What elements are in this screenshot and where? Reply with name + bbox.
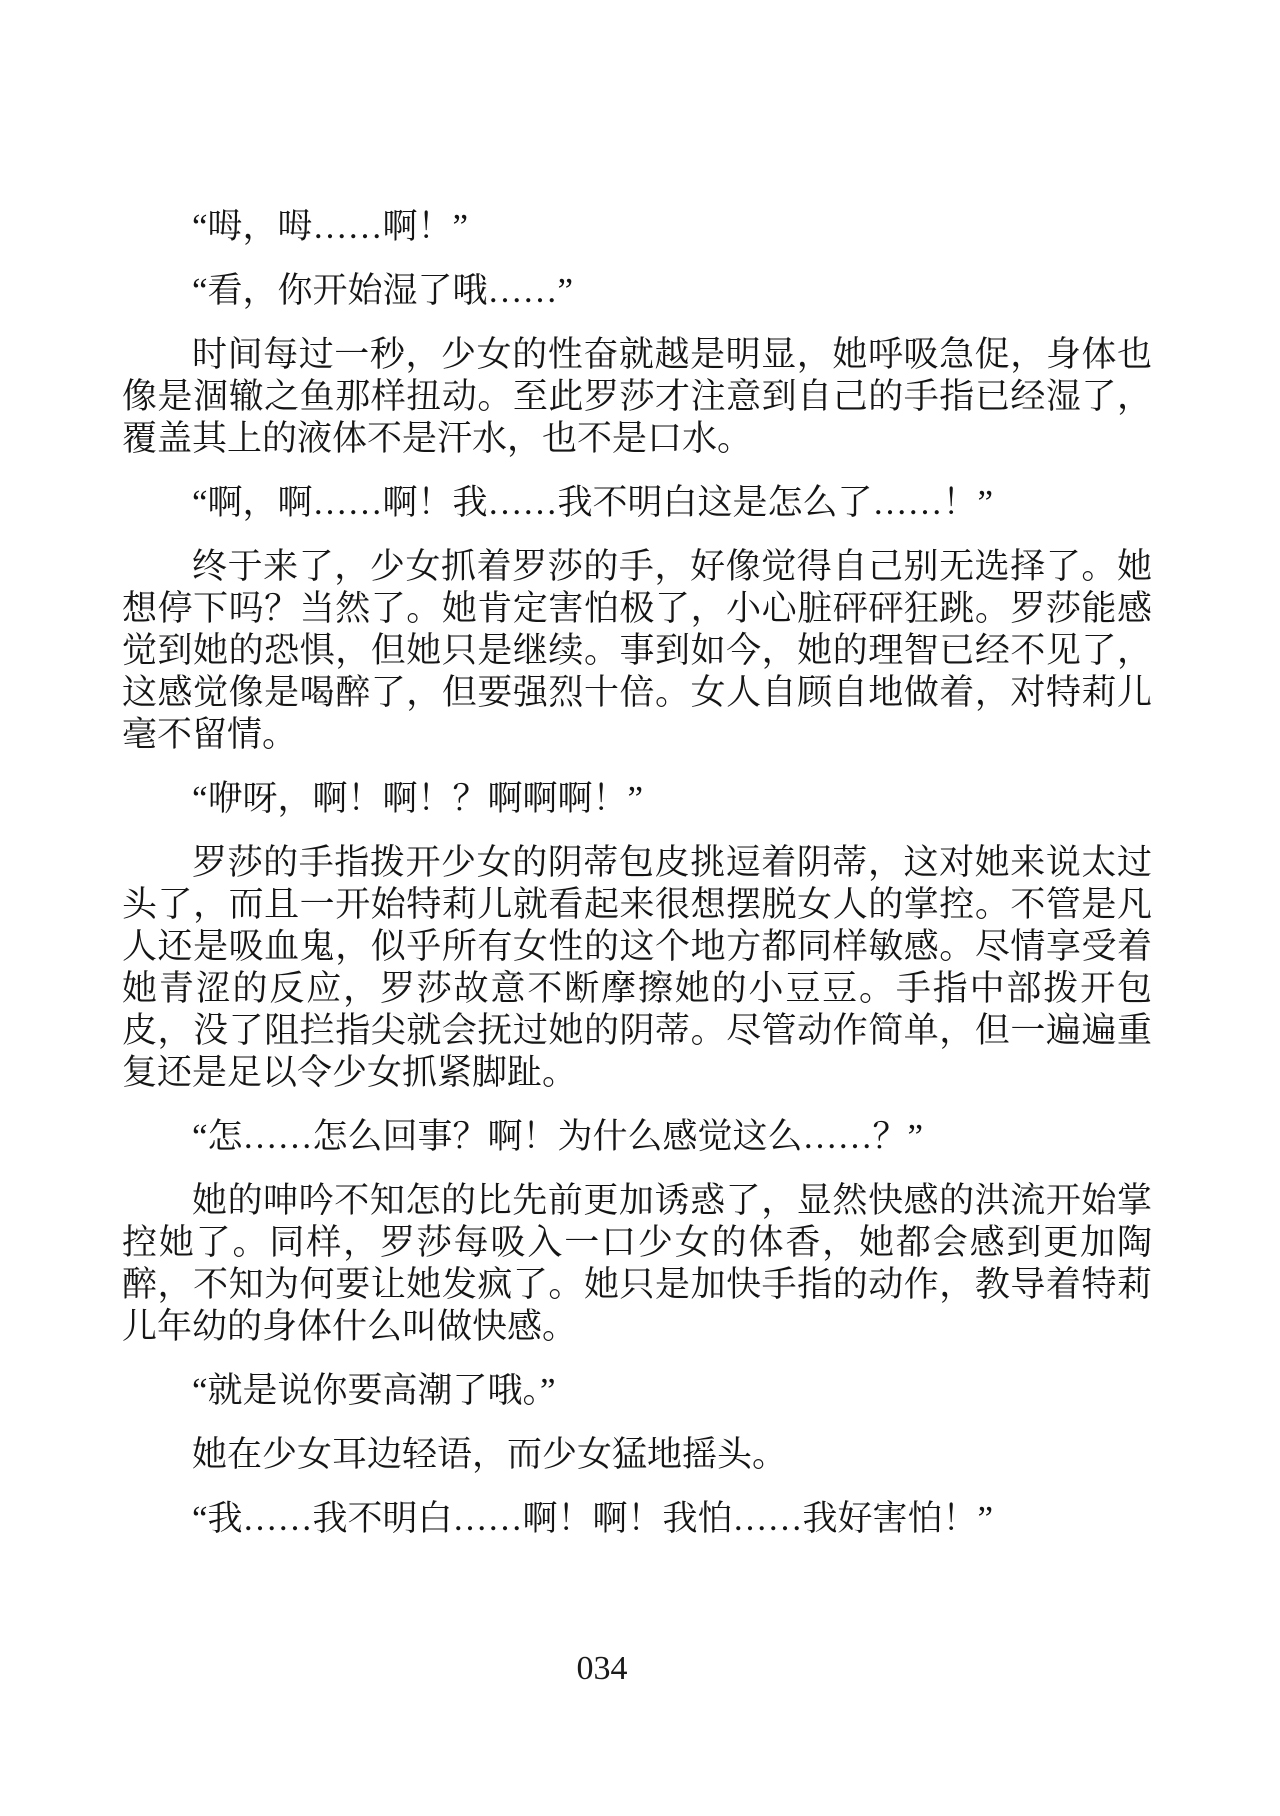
narrative-paragraph: 罗莎的手指拨开少女的阴蒂包皮挑逗着阴蒂，这对她来说太过头了，而且一开始特莉儿就看… [122, 842, 1152, 1094]
page-number: 034 [577, 1650, 628, 1687]
document-page: “呣，呣……啊！” “看，你开始湿了哦……” 时间每过一秒，少女的性奋就越是明显… [0, 0, 1280, 1816]
narrative-paragraph: 时间每过一秒，少女的性奋就越是明显，她呼吸急促，身体也像是涸辙之鱼那样扭动。至此… [122, 334, 1152, 460]
dialogue-paragraph: “我……我不明白……啊！啊！我怕……我好害怕！” [122, 1498, 1152, 1540]
dialogue-paragraph: “呣，呣……啊！” [122, 206, 1152, 248]
dialogue-paragraph: “就是说你要高潮了哦。” [122, 1370, 1152, 1412]
dialogue-paragraph: “看，你开始湿了哦……” [122, 270, 1152, 312]
page-footer: 034 [0, 1649, 1204, 1689]
dialogue-paragraph: “咿呀，啊！啊！？啊啊啊！” [122, 778, 1152, 820]
narrative-paragraph: 她的呻吟不知怎的比先前更加诱惑了，显然快感的洪流开始掌控她了。同样，罗莎每吸入一… [122, 1180, 1152, 1348]
narrative-paragraph: 她在少女耳边轻语，而少女猛地摇头。 [122, 1434, 1152, 1476]
narrative-paragraph: 终于来了，少女抓着罗莎的手，好像觉得自己别无选择了。她想停下吗？当然了。她肯定害… [122, 546, 1152, 756]
dialogue-paragraph: “怎……怎么回事？啊！为什么感觉这么……？” [122, 1116, 1152, 1158]
dialogue-paragraph: “啊，啊……啊！我……我不明白这是怎么了……！” [122, 482, 1152, 524]
text-block: “呣，呣……啊！” “看，你开始湿了哦……” 时间每过一秒，少女的性奋就越是明显… [122, 206, 1152, 1562]
